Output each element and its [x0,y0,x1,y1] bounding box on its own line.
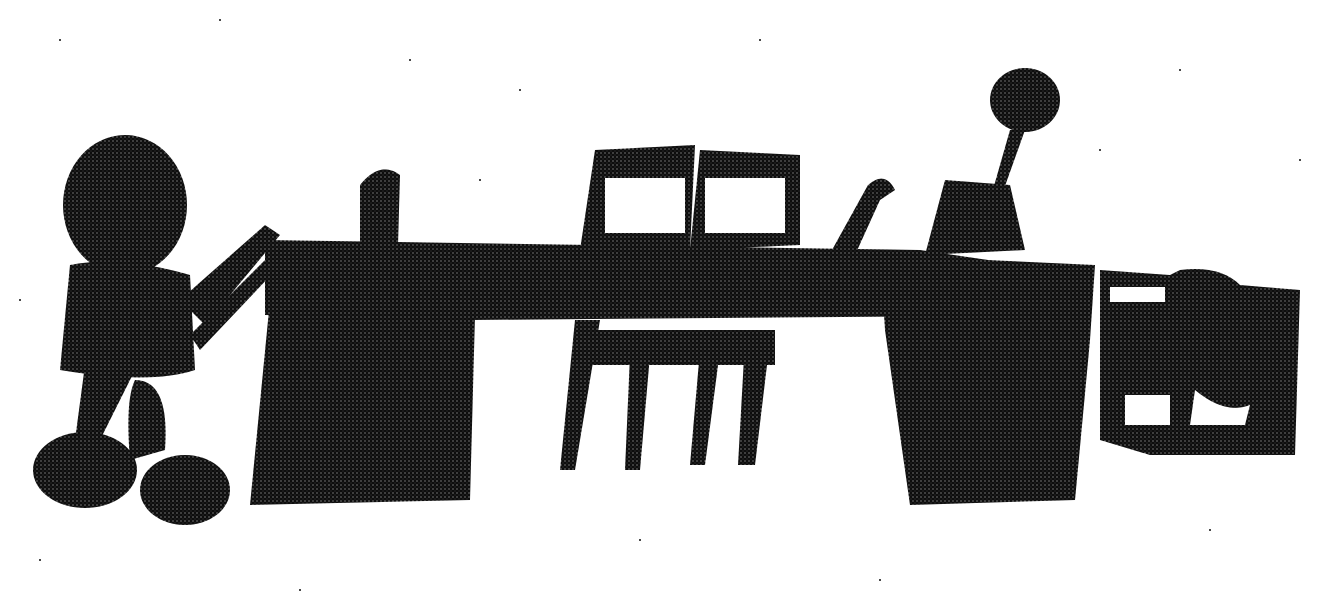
hook [832,179,895,255]
plant [925,68,1060,255]
left-cabinet [250,300,475,505]
person-figure [33,135,290,525]
left-post [360,169,400,245]
side-box [1100,269,1300,455]
right-cabinet [880,255,1095,505]
drawing-canvas [0,0,1340,616]
